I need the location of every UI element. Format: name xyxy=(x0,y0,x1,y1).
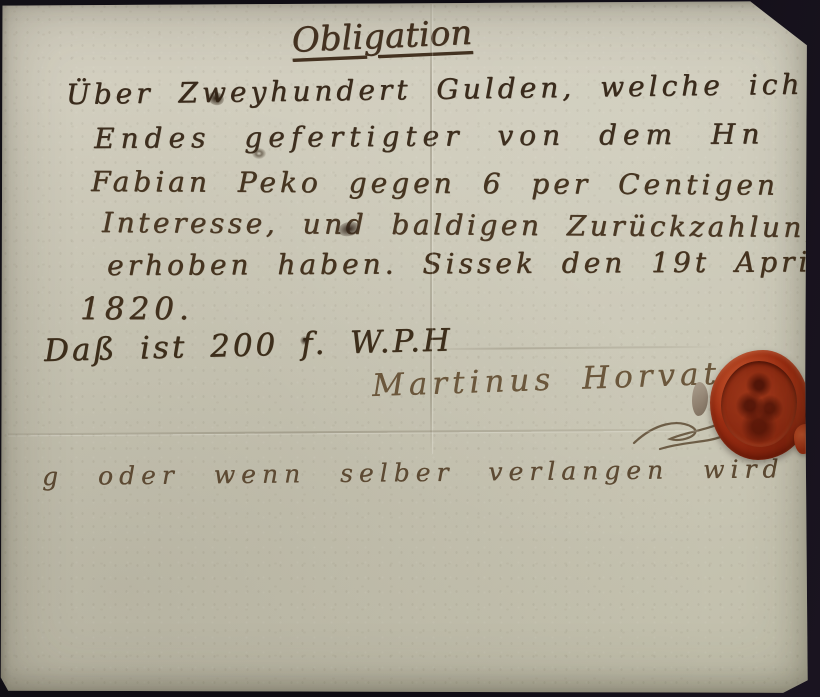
handwritten-line-year: 1820. xyxy=(80,291,194,327)
document-title: Obligation xyxy=(261,12,503,62)
wax-seal-crest xyxy=(721,361,797,447)
postscript-line: g oder wenn selber verlangen wird xyxy=(42,454,785,491)
red-wax-seal-icon xyxy=(710,350,810,460)
amount-line: Daß ist 200 f. W.P.H xyxy=(44,322,454,369)
photo-background: Obligation Über Zweyhundert Gulden, welc… xyxy=(0,0,820,697)
wax-speck xyxy=(692,382,708,416)
handwritten-line-2: Endes gefertigter von dem Hn xyxy=(94,117,766,155)
fold-crease-horizontal-lower xyxy=(8,429,698,436)
fold-crease-horizontal-upper xyxy=(420,346,720,351)
document-paper: Obligation Über Zweyhundert Gulden, welc… xyxy=(0,0,820,697)
handwritten-line-4: Interesse, und baldigen Zurückzahlung xyxy=(102,206,820,244)
signature: Martinus Horvato xyxy=(371,355,745,404)
handwritten-line-5: erhoben haben. Sissek den 19t April xyxy=(107,245,820,282)
handwritten-line-3: Fabian Peko gegen 6 per Centigen xyxy=(91,165,779,202)
wax-seal-drip xyxy=(794,424,814,454)
handwritten-line-1: Über Zweyhundert Gulden, welche ich xyxy=(66,68,804,111)
